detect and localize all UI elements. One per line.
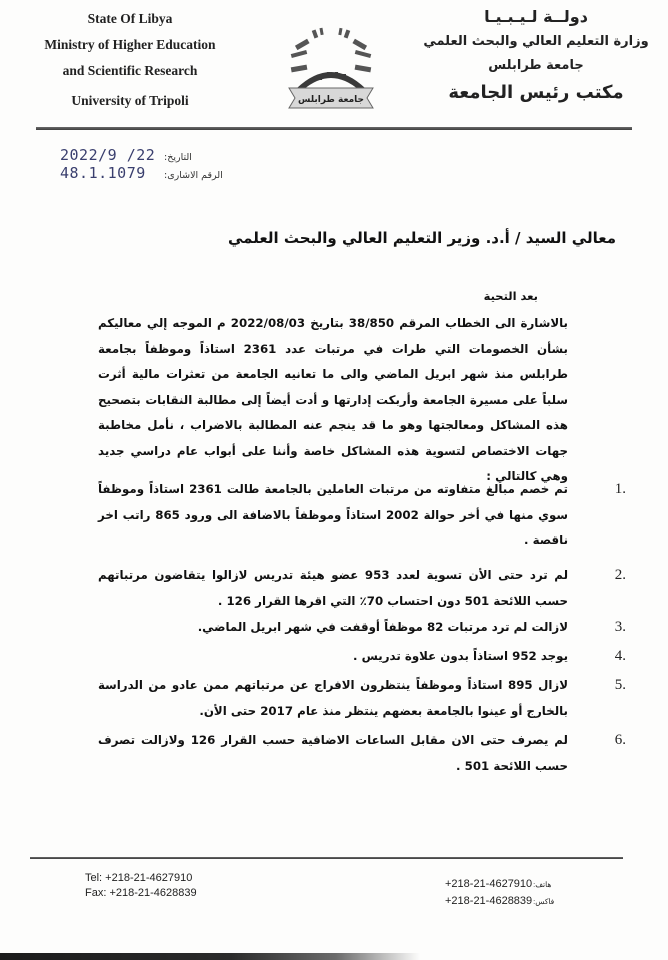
list-item: 2. لم ترد حتى الأن تسوية لعدد 953 عضو هي… (98, 563, 568, 615)
list-item-number: 4. (615, 644, 626, 670)
letterhead-state-ar: دولــة لـيـبـيـا (420, 4, 652, 30)
list-item: 4. يوجد 952 استاذاً بدون علاوة تدريس . (98, 644, 568, 673)
letterhead-arabic: دولــة لـيـبـيـا وزارة التعليم العالي وا… (420, 4, 652, 108)
university-of-tripoli-emblem-icon: جامعة طرابلس (283, 26, 379, 114)
reference-block: 2022/9 /22 التاريخ: 48.1.1079 الرقم الاش… (60, 146, 260, 182)
list-item: 3. لازالت لم ترد مرتبات 82 موظفاً أوقفت … (98, 615, 568, 644)
letterhead-ministry: Ministry of Higher Education (20, 32, 240, 58)
footer-fax: Fax: +218-21-4628839 (85, 886, 197, 901)
footer-fax-value-ar: +218-21-4628839 (445, 893, 532, 909)
letterhead-ministry-ar: وزارة التعليم العالي والبحث العلمي (420, 30, 652, 54)
list-item-text: لازال 895 استاذاً وموظفاً ينتظرون الافرا… (98, 673, 568, 724)
reference-number-value: 48.1.1079 (60, 164, 164, 182)
footer-divider (30, 857, 623, 859)
list-item-text: لم ترد حتى الأن تسوية لعدد 953 عضو هيئة … (98, 563, 568, 614)
list-item-text: يوجد 952 استاذاً بدون علاوة تدريس . (98, 644, 568, 670)
footer-contact-arabic: +218-21-4627910 هاتف: +218-21-4628839 فا… (445, 876, 554, 910)
salutation: بعد التحية (484, 289, 538, 303)
letterhead-university: University of Tripoli (20, 88, 240, 114)
footer-fax-label-ar: فاكس: (533, 894, 554, 910)
list-item-number: 2. (615, 563, 626, 589)
letterhead-ministry-cont: and Scientific Research (20, 58, 240, 84)
list-item: 1. تم خصم مبالغ متفاوته من مرتبات العامل… (98, 477, 568, 563)
letterhead-office-ar: مكتب رئيس الجامعة (420, 78, 652, 108)
intro-text: بالاشارة الى الخطاب المرقم 38/850 بتاريخ… (98, 311, 568, 490)
letter-page: State Of Libya Ministry of Higher Educat… (0, 0, 668, 960)
list-item: 5. لازال 895 استاذاً وموظفاً ينتظرون الا… (98, 673, 568, 728)
list-item-number: 1. (615, 477, 626, 503)
list-item: 6. لم يصرف حتى الان مقابل الساعات الاضاف… (98, 728, 568, 780)
footer-tel-value-ar: +218-21-4627910 (445, 876, 532, 892)
svg-text:جامعة طرابلس: جامعة طرابلس (298, 95, 364, 105)
letterhead-english: State Of Libya Ministry of Higher Educat… (20, 6, 240, 114)
reference-number-label: الرقم الاشارى: (164, 170, 244, 181)
list-item-text: لم يصرف حتى الان مقابل الساعات الاضافية … (98, 728, 568, 779)
list-item-number: 3. (615, 615, 626, 641)
footer-tel-label-ar: هاتف: (533, 877, 551, 893)
letterhead-state: State Of Libya (20, 6, 240, 32)
issues-list: 1. تم خصم مبالغ متفاوته من مرتبات العامل… (98, 477, 568, 780)
list-item-number: 5. (615, 673, 626, 699)
header-divider (36, 127, 632, 130)
list-item-number: 6. (615, 728, 626, 754)
intro-paragraph: بالاشارة الى الخطاب المرقم 38/850 بتاريخ… (98, 311, 568, 490)
footer-tel: Tel: +218-21-4627910 (85, 871, 197, 886)
date-value: 2022/9 /22 (60, 146, 164, 164)
scan-edge-shadow (0, 953, 420, 960)
footer-contact-english: Tel: +218-21-4627910 Fax: +218-21-462883… (85, 871, 197, 901)
list-item-text: لازالت لم ترد مرتبات 82 موظفاً أوقفت في … (98, 615, 568, 641)
addressee: معالي السيد / أ.د. وزير التعليم العالي و… (228, 229, 616, 247)
date-label: التاريخ: (164, 152, 244, 163)
letterhead-university-ar: جامعة طرابلس (420, 54, 652, 78)
list-item-text: تم خصم مبالغ متفاوته من مرتبات العاملين … (98, 477, 568, 554)
